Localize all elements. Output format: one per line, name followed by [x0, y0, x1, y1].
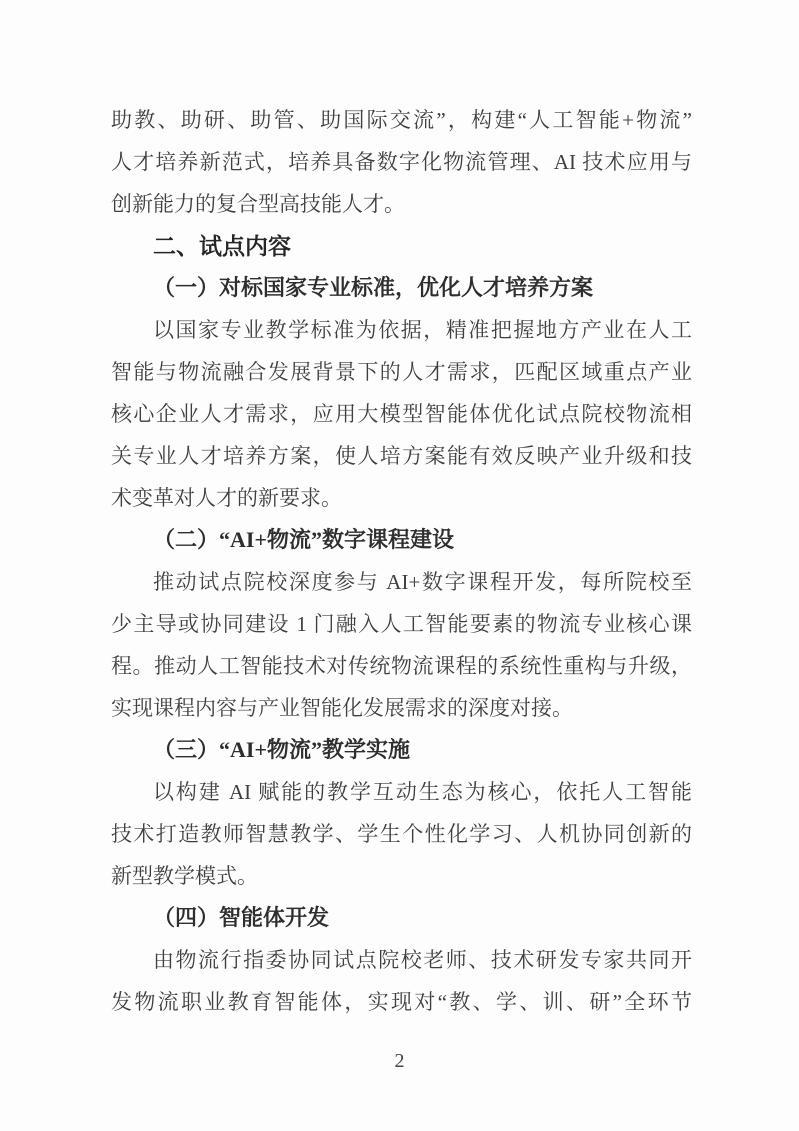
body-line: 新型教学模式。 — [111, 855, 692, 897]
body-line: 由物流行指委协同试点院校老师、技术研发专家共同开 — [111, 939, 692, 981]
subsection-heading: （三）“AI+物流”教学实施 — [111, 729, 692, 771]
body-line: 程。推动人工智能技术对传统物流课程的系统性重构与升级， — [111, 645, 692, 687]
body-line: 关专业人才培养方案，使人培方案能有效反映产业升级和技 — [111, 435, 692, 477]
body-line: 发物流职业教育智能体，实现对“教、学、训、研”全环节 — [111, 981, 692, 1023]
document-text-block: 助教、助研、助管、助国际交流”，构建“人工智能+物流” 人才培养新范式，培养具备… — [111, 99, 692, 1023]
body-line: 实现课程内容与产业智能化发展需求的深度对接。 — [111, 687, 692, 729]
section-heading: 二、试点内容 — [111, 225, 692, 267]
body-line: 术变革对人才的新要求。 — [111, 477, 692, 519]
body-line: 以国家专业教学标准为依据，精准把握地方产业在人工 — [111, 309, 692, 351]
body-line: 以构建 AI 赋能的教学互动生态为核心，依托人工智能 — [111, 771, 692, 813]
body-line: 助教、助研、助管、助国际交流”，构建“人工智能+物流” — [111, 99, 692, 141]
body-line: 技术打造教师智慧教学、学生个性化学习、人机协同创新的 — [111, 813, 692, 855]
document-page: 助教、助研、助管、助国际交流”，构建“人工智能+物流” 人才培养新范式，培养具备… — [0, 0, 799, 1131]
body-line: 智能与物流融合发展背景下的人才需求，匹配区域重点产业 — [111, 351, 692, 393]
body-line: 核心企业人才需求，应用大模型智能体优化试点院校物流相 — [111, 393, 692, 435]
body-line: 少主导或协同建设 1 门融入人工智能要素的物流专业核心课 — [111, 603, 692, 645]
subsection-heading: （一）对标国家专业标准，优化人才培养方案 — [111, 267, 692, 309]
subsection-heading: （四）智能体开发 — [111, 897, 692, 939]
page-number: 2 — [0, 1040, 799, 1082]
subsection-heading: （二）“AI+物流”数字课程建设 — [111, 519, 692, 561]
body-line: 创新能力的复合型高技能人才。 — [111, 183, 692, 225]
body-line: 人才培养新范式，培养具备数字化物流管理、AI 技术应用与 — [111, 141, 692, 183]
body-line: 推动试点院校深度参与 AI+数字课程开发，每所院校至 — [111, 561, 692, 603]
